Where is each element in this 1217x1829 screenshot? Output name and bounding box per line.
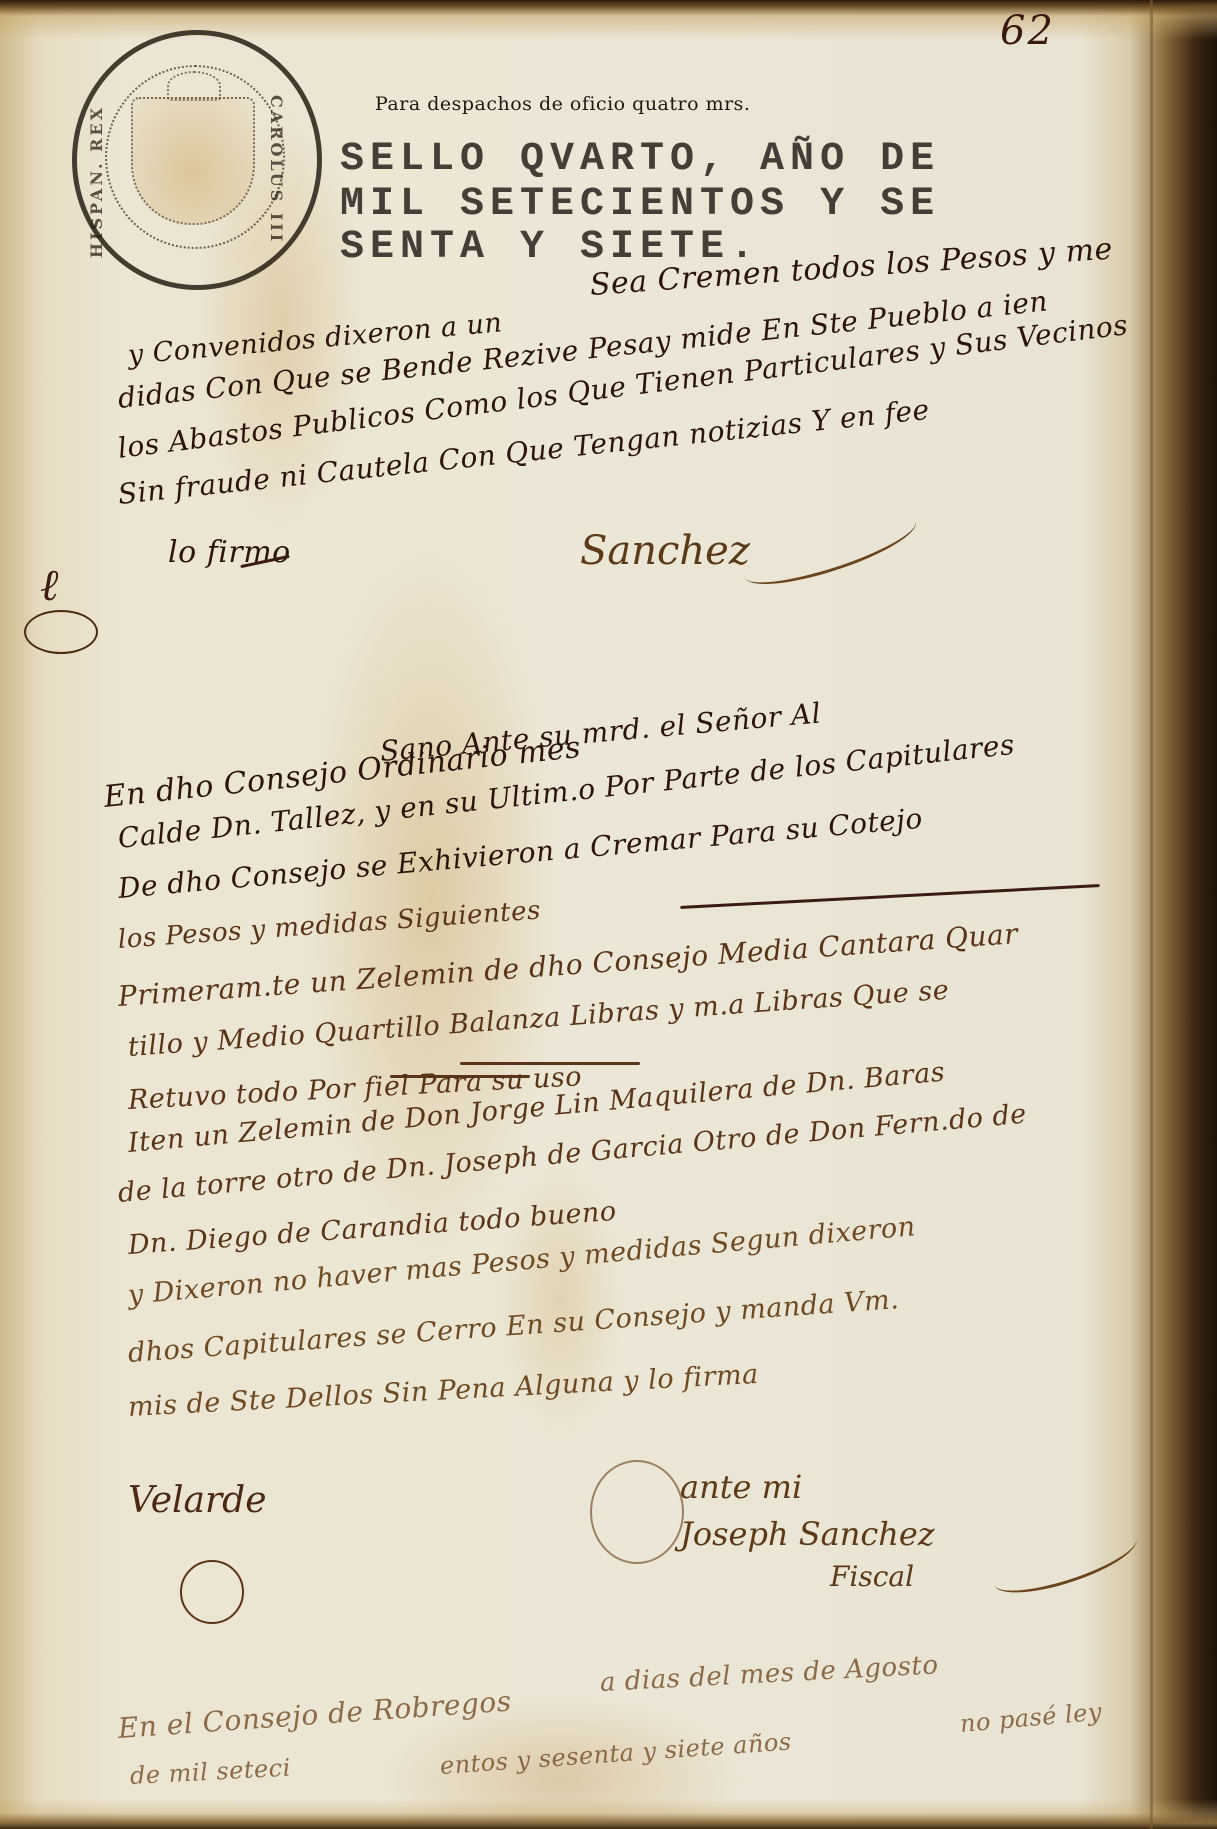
page-binding-edge: [1150, 0, 1153, 1829]
signature-title: Fiscal: [830, 1560, 914, 1593]
line-fill-rule: [390, 1075, 530, 1078]
line-fill-rule: [680, 884, 1100, 909]
signature-sanchez: Sanchez: [580, 528, 750, 574]
handwritten-line: mis de Ste Dellos Sin Pena Alguna y lo f…: [127, 1359, 759, 1423]
handwritten-line: de mil seteci: [129, 1754, 291, 1790]
signature-flourish-icon: [180, 1560, 244, 1624]
signature-rubric: [987, 1518, 1143, 1605]
ante-mi-flourish-icon: [590, 1460, 684, 1564]
signature-rubric: [738, 501, 922, 598]
ante-mi-label: ante mi: [680, 1468, 802, 1506]
seal-legend-left: HISPAN. REX: [87, 105, 106, 258]
manuscript-page: 62 CAROLUS III HISPAN. REX Para despacho…: [0, 0, 1217, 1829]
margin-rubric-icon: [24, 610, 98, 654]
folio-number: 62: [1000, 8, 1055, 54]
coat-of-arms-icon: [131, 97, 255, 225]
handwritten-line: a dias del mes de Agosto: [599, 1650, 939, 1698]
handwritten-line: En el Consejo de Robregos: [117, 1685, 513, 1745]
line-fill-rule: [460, 1062, 640, 1065]
royal-seal-icon: CAROLUS III HISPAN. REX: [72, 30, 322, 290]
handwritten-line: entos y sesenta y siete años: [439, 1727, 792, 1780]
stamped-paper-title-line-2: MIL SETECIENTOS Y SE: [340, 185, 940, 225]
handwritten-line: los Pesos y medidas Siguientes: [117, 895, 542, 954]
page-bottom-edge: [0, 1799, 1217, 1829]
signature-velarde: Velarde: [128, 1480, 267, 1521]
handwritten-line: no pasé ley: [959, 1698, 1103, 1738]
signature-joseph-sanchez: Joseph Sanchez: [680, 1515, 935, 1553]
stamped-paper-title-line-1: SELLO QVARTO, AÑO DE: [340, 140, 940, 180]
seal-legend-right: CAROLUS III: [267, 95, 286, 244]
margin-initial-icon: ℓ: [40, 560, 58, 611]
handwritten-line: lo firmo: [168, 535, 291, 570]
stamp-duty-line: Para despachos de oficio quatro mrs.: [375, 93, 750, 115]
